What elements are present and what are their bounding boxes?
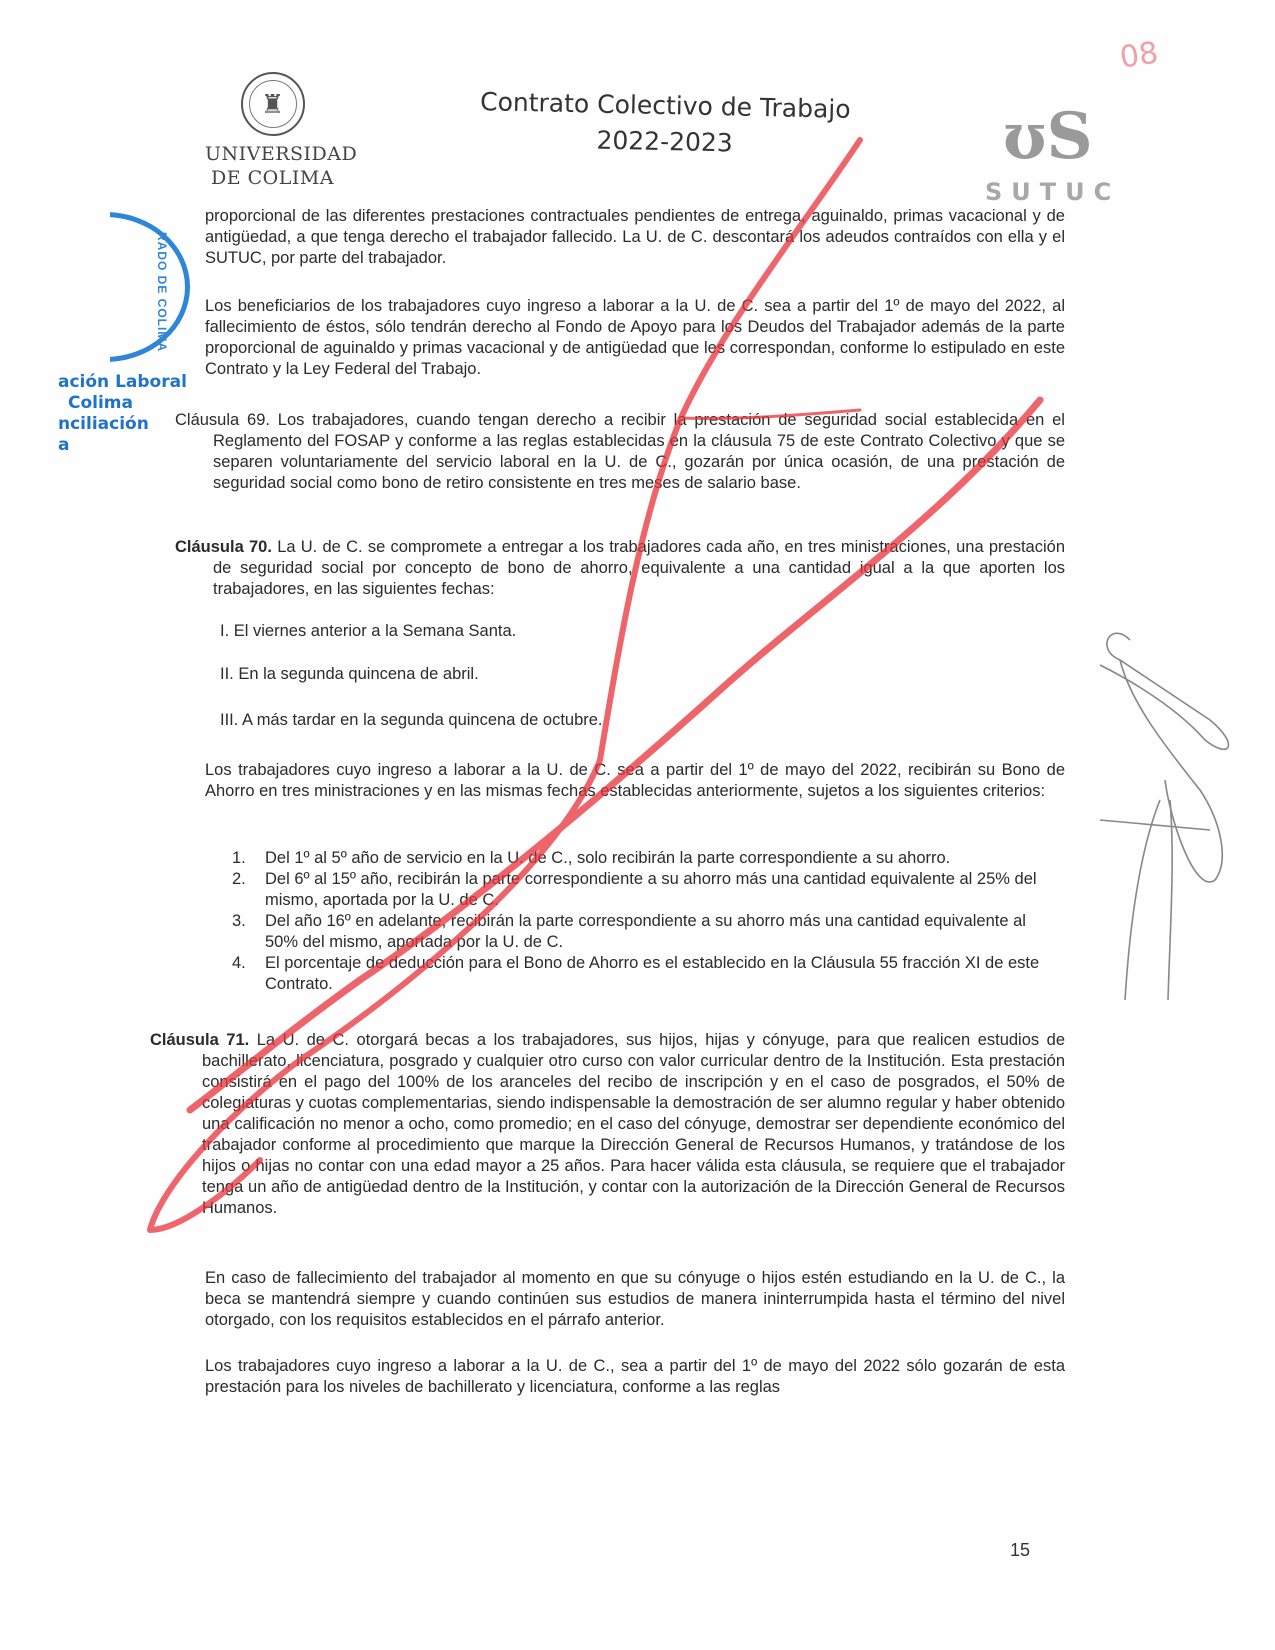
clause-label: Cláusula 71. [150,1031,249,1049]
university-name-line1: UNIVERSIDAD [205,142,340,166]
document-title: Contrato Colectivo de Trabajo 2022-2023 [454,84,875,165]
date-item-3: III. A más tardar en la segunda quincena… [220,711,603,730]
paragraph-ingreso-2022: Los trabajadores cuyo ingreso a laborar … [205,1356,1065,1398]
stamp-line: a [58,435,187,456]
stamp-ring-text: RADO DE COLIMA [155,232,169,352]
paragraph-fallecimiento-beca: En caso de fallecimiento del trabajador … [205,1268,1065,1331]
clause-text: Los trabajadores, cuando tengan derecho … [213,411,1065,492]
clause-label: Cláusula 69. [175,411,270,429]
date-item-1: I. El viernes anterior a la Semana Santa… [220,622,516,641]
clause-69: Cláusula 69. Los trabajadores, cuando te… [175,410,1065,494]
paragraph-continuation: proporcional de las diferentes prestacio… [205,206,1065,269]
stamp-line: nciliación [58,414,187,435]
criteria-item: 1. Del 1º al 5º año de servicio en la U.… [232,848,1052,869]
sutuc-logo: ʊS SUTUC [985,100,1105,206]
criteria-list: 1. Del 1º al 5º año de servicio en la U.… [232,848,1052,995]
universidad-de-colima-logo: ♜ UNIVERSIDAD DE COLIMA [205,72,340,190]
union-name: SUTUC [985,178,1105,206]
university-name-line2: DE COLIMA [205,166,340,190]
clause-text: La U. de C. otorgará becas a los trabaja… [202,1031,1065,1217]
clause-71: Cláusula 71. La U. de C. otorgará becas … [150,1030,1065,1219]
stamp-line: ación Laboral [58,372,187,393]
criteria-item: 4. El porcentaje de deducción para el Bo… [232,953,1052,995]
clause-70: Cláusula 70. La U. de C. se compromete a… [175,537,1065,600]
stamp-text-block: ación Laboral Colima nciliación a [58,372,187,456]
stamp-line: Colima [58,393,187,414]
criteria-item: 3. Del año 16º en adelante, recibirán la… [232,911,1052,953]
sutuc-emblem-icon: ʊS [1003,100,1087,174]
paragraph-beneficiarios: Los beneficiarios de los trabajadores cu… [205,296,1065,380]
signature-icon [1100,633,1229,1000]
date-item-2: II. En la segunda quincena de abril. [220,665,479,684]
page-number: 15 [1010,1540,1030,1561]
document-page: ♜ UNIVERSIDAD DE COLIMA Contrato Colecti… [0,0,1275,1650]
clause-label: Cláusula 70. [175,538,272,556]
criteria-item: 2. Del 6º al 15º año, recibirán la parte… [232,869,1052,911]
official-stamp: RADO DE COLIMA [60,212,180,362]
university-seal-icon: ♜ [241,72,305,136]
paragraph-bono-criterios: Los trabajadores cuyo ingreso a laborar … [205,760,1065,802]
clause-text: La U. de C. se compromete a entregar a l… [213,538,1065,598]
handwritten-page-mark: 08 [1118,36,1161,76]
